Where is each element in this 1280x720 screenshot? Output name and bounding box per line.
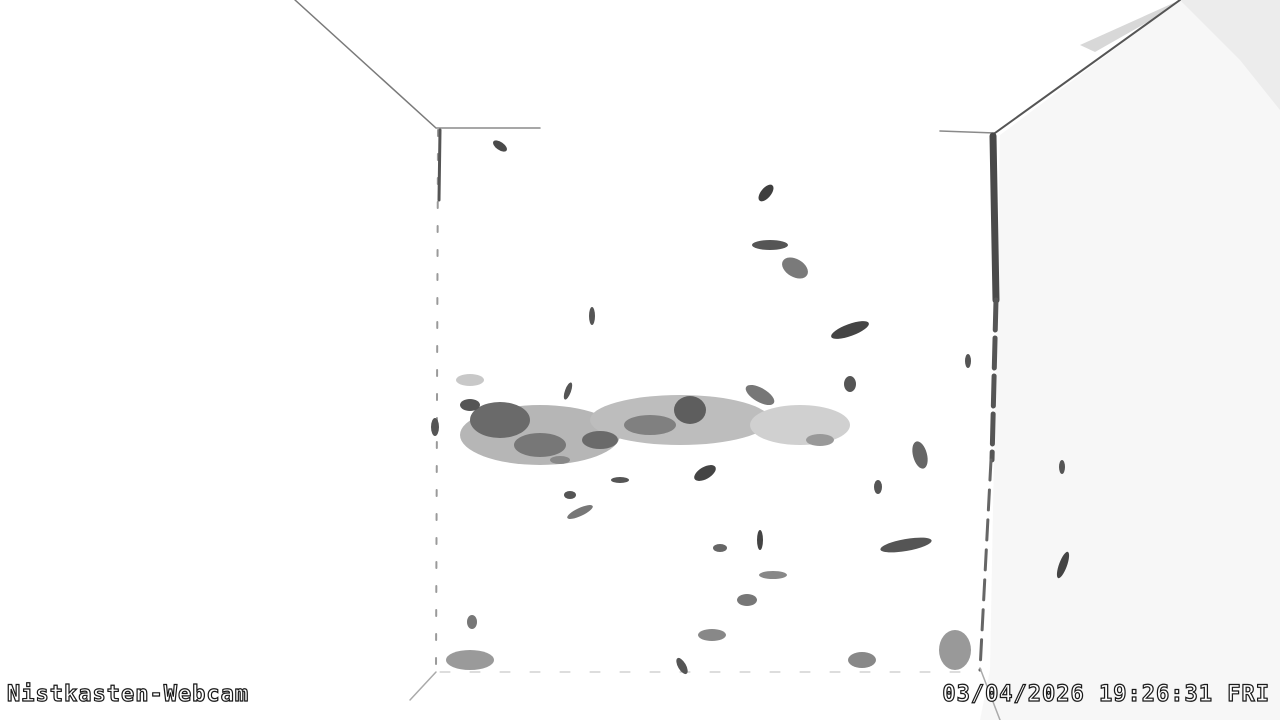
time-text: 19:26:31 — [1099, 682, 1213, 707]
date-text: 03/04/2026 — [942, 682, 1084, 707]
webcam-frame: Nistkasten-Webcam 03/04/2026 19:26:31 FR… — [0, 0, 1280, 720]
timestamp-overlay: 03/04/2026 19:26:31 FRI — [942, 684, 1270, 706]
camera-title-overlay: Nistkasten-Webcam — [7, 684, 249, 706]
nest-box-image — [0, 0, 1280, 720]
weekday-text: FRI — [1227, 682, 1270, 707]
